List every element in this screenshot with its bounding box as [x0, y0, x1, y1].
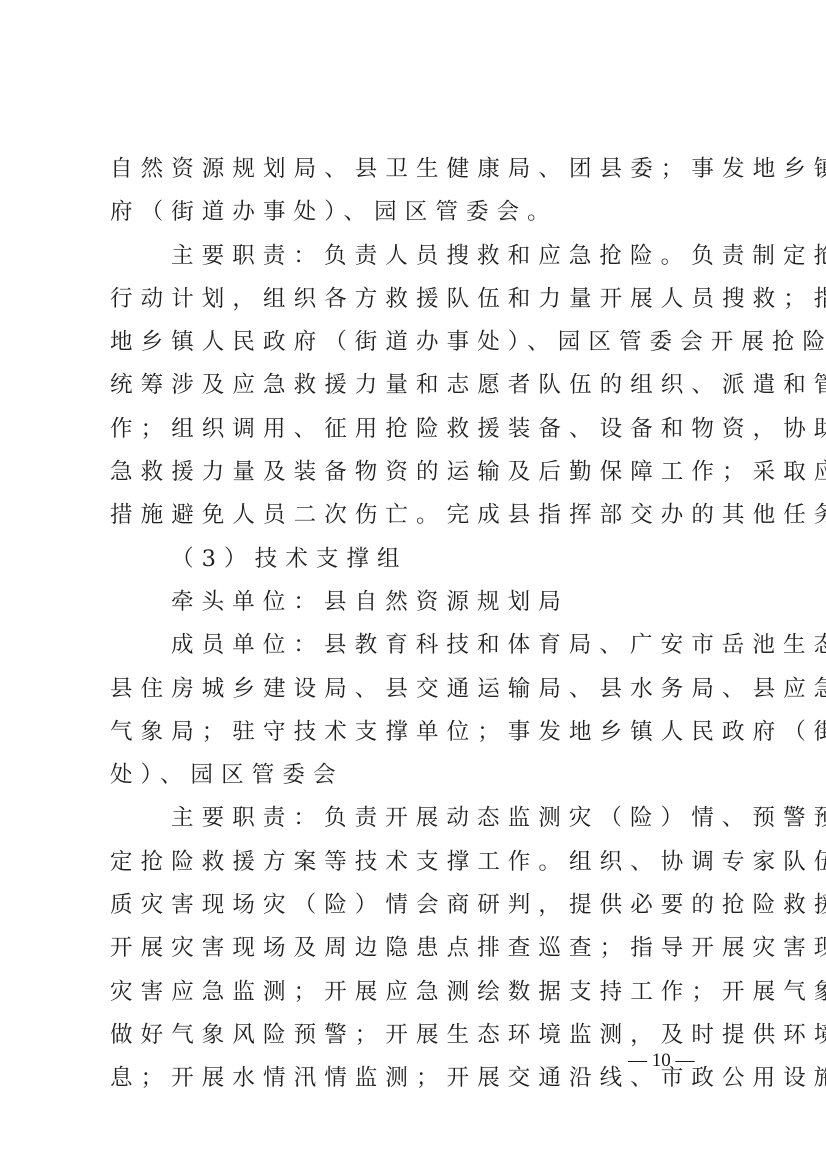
text-line: 措施避免人员二次伤亡。完成县指挥部交办的其他任务。: [110, 494, 722, 537]
lead-unit-line: 牵头单位：县自然资源规划局: [110, 581, 722, 624]
paragraph-start-line: 主要职责：负责开展动态监测灾（险）情、预警预报、制: [110, 797, 722, 840]
text-line: 行动计划，组织各方救援队伍和力量开展人员搜救；指导事发: [110, 278, 722, 321]
paragraph-start-line: 主要职责：负责人员搜救和应急抢险。负责制定抢险救援: [110, 235, 722, 278]
text-line: 灾害应急监测；开展应急测绘数据支持工作；开展气象监测，: [110, 971, 722, 1014]
text-line: 县住房城乡建设局、县交通运输局、县水务局、县应急局、县: [110, 668, 722, 711]
document-page: 自然资源规划局、县卫生健康局、团县委；事发地乡镇人民政 府（街道办事处）、园区管…: [0, 0, 826, 1168]
text-line: 作；组织调用、征用抢险救援装备、设备和物资，协助各类应: [110, 408, 722, 451]
page-number: — 10 —: [628, 1050, 695, 1072]
text-line: 定抢险救援方案等技术支撑工作。组织、协调专家队伍开展地: [110, 841, 722, 884]
text-line: 自然资源规划局、县卫生健康局、团县委；事发地乡镇人民政: [110, 148, 722, 191]
text-line: 处）、园区管委会: [110, 754, 722, 797]
member-units-line: 成员单位：县教育科技和体育局、广安市岳池生态环境局、: [110, 624, 722, 667]
document-body: 自然资源规划局、县卫生健康局、团县委；事发地乡镇人民政 府（街道办事处）、园区管…: [110, 148, 722, 1101]
text-line: 开展灾害现场及周边隐患点排查巡查；指导开展灾害现场地质: [110, 927, 722, 970]
text-line: 府（街道办事处）、园区管委会。: [110, 191, 722, 234]
text-line: 急救援力量及装备物资的运输及后勤保障工作；采取应急处置: [110, 451, 722, 494]
text-line: 统筹涉及应急救援力量和志愿者队伍的组织、派遣和管理工: [110, 364, 722, 407]
text-line: 地乡镇人民政府（街道办事处）、园区管委会开展抢险救援；: [110, 321, 722, 364]
text-line: 质灾害现场灾（险）情会商研判，提供必要的抢险救援指导；: [110, 884, 722, 927]
section-heading: （3）技术支撑组: [110, 538, 722, 581]
text-line: 气象局；驻守技术支撑单位；事发地乡镇人民政府（街道办事: [110, 711, 722, 754]
